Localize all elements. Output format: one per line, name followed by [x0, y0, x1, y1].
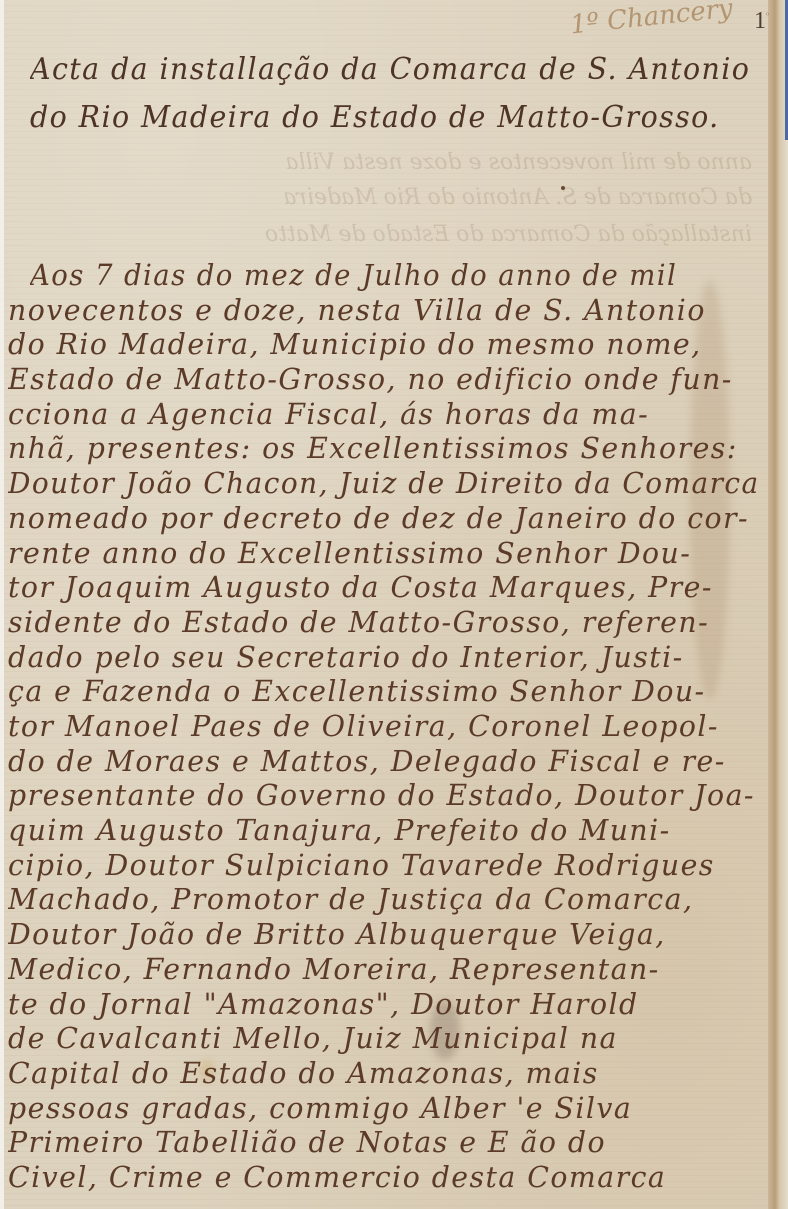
- body-line: rente anno do Excellentissimo Senhor Dou…: [8, 536, 760, 570]
- page-number: 1º: [754, 8, 769, 35]
- body-line: dado pelo seu Secretario do Interior, Ju…: [8, 640, 760, 674]
- manuscript-page: anno de mil novecentos e doze nesta Vill…: [0, 0, 788, 1209]
- page-left-margin: [0, 0, 4, 1209]
- bleed-through-text: anno de mil novecentos e doze nesta Vill…: [12, 150, 752, 175]
- body-line: Doutor João de Britto Albuquerque Veiga,: [8, 917, 760, 951]
- ink-dot: [561, 186, 565, 190]
- body-line: cipio, Doutor Sulpiciano Tavarede Rodrig…: [8, 848, 760, 882]
- body-line: Estado de Matto-Grosso, no edificio onde…: [8, 362, 760, 396]
- body-line: do Rio Madeira, Municipio do mesmo nome,: [8, 327, 760, 361]
- title-line: do Rio Madeira do Estado de Matto-Grosso…: [30, 100, 760, 135]
- body-line: pessoas gradas, commigo Alber 'e Silva: [8, 1091, 760, 1125]
- body-line: novecentos e doze, nesta Villa de S. Ant…: [8, 293, 760, 327]
- body-line: Aos 7 dias do mez de Julho do anno de mi…: [30, 258, 760, 292]
- body-line: presentante do Governo do Estado, Doutor…: [8, 778, 760, 812]
- body-line: quim Augusto Tanajura, Prefeito do Muni-: [8, 813, 760, 847]
- body-line: Primeiro Tabellião de Notas e E ão do: [8, 1125, 760, 1159]
- body-line: cciona a Agencia Fiscal, ás horas da ma-: [8, 397, 760, 431]
- folio-annotation: 1º Chancery: [569, 0, 734, 40]
- bleed-through-text: installação da Comarca do Estado de Matt…: [12, 222, 752, 247]
- body-line: tor Joaquim Augusto da Costa Marques, Pr…: [8, 570, 760, 604]
- body-line: de Cavalcanti Mello, Juiz Municipal na: [8, 1021, 760, 1055]
- body-line: te do Jornal "Amazonas", Doutor Harold: [8, 987, 760, 1021]
- page-number-suffix: º: [766, 11, 769, 22]
- bleed-through-text: da Comarca de S. Antonio do Rio Madeira: [12, 185, 752, 210]
- body-line: Medico, Fernando Moreira, Representan-: [8, 952, 760, 986]
- body-line: nomeado por decreto de dez de Janeiro do…: [8, 501, 760, 535]
- body-line: sidente do Estado de Matto-Grosso, refer…: [8, 605, 760, 639]
- page-number-value: 1: [754, 8, 766, 34]
- title-line: Acta da installação da Comarca de S. Ant…: [30, 52, 760, 87]
- page-right-edge-stain: [768, 0, 788, 1209]
- body-line: nhã, presentes: os Excellentissimos Senh…: [8, 431, 760, 465]
- body-line: Machado, Promotor de Justiça da Comarca,: [8, 882, 760, 916]
- body-line: Civel, Crime e Commercio desta Comarca: [8, 1160, 760, 1194]
- body-line: Capital do Estado do Amazonas, mais: [8, 1056, 760, 1090]
- body-line: Doutor João Chacon, Juiz de Direito da C…: [8, 466, 760, 500]
- body-line: ça e Fazenda o Excellentissimo Senhor Do…: [8, 674, 760, 708]
- body-line: do de Moraes e Mattos, Delegado Fiscal e…: [8, 744, 760, 778]
- body-line: tor Manoel Paes de Oliveira, Coronel Leo…: [8, 709, 760, 743]
